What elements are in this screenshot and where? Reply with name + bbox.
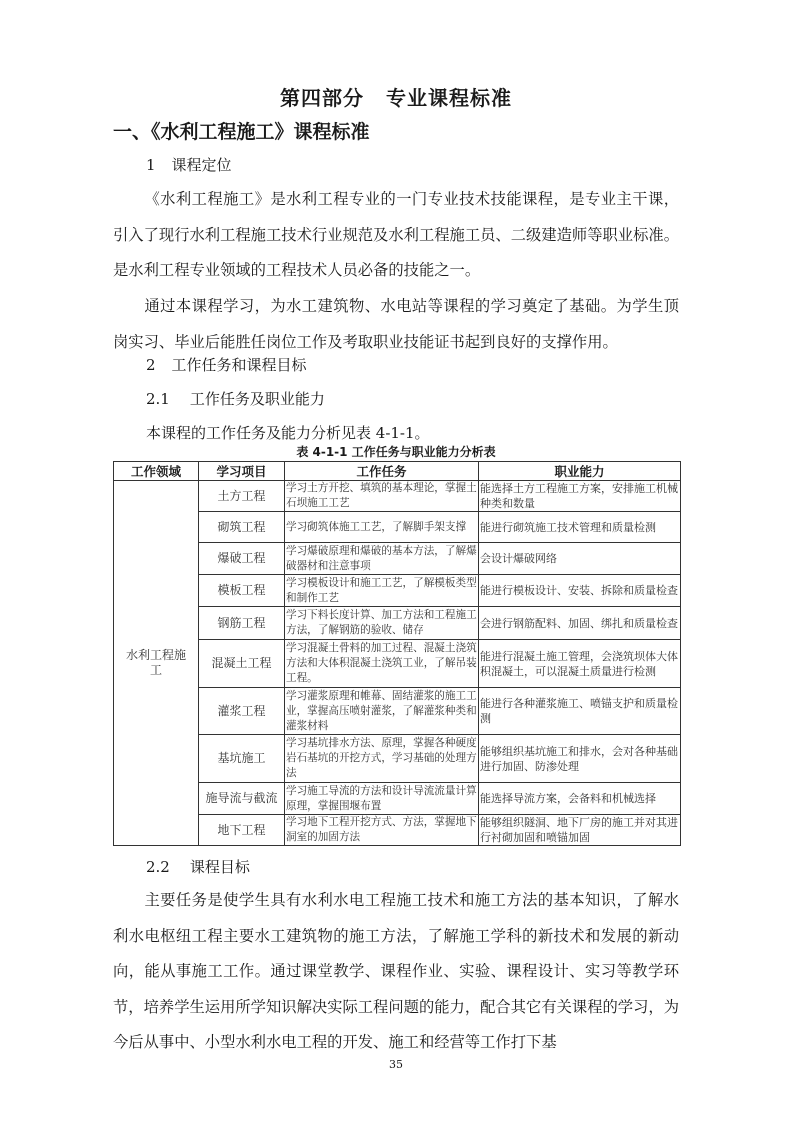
page-number: 35 bbox=[0, 1058, 792, 1071]
section-number: 2.2 bbox=[146, 858, 170, 876]
section-title: 课程定位 bbox=[172, 156, 232, 174]
ability-cell: 能进行模板设计、安装、拆除和质量检查 bbox=[479, 575, 681, 607]
task-cell: 学习施工导流的方法和设计导流流量计算原理，掌握围堰布置 bbox=[285, 783, 479, 815]
table-row: 混凝土工程 学习混凝土骨料的加工过程、混凝土浇筑方法和大体积混凝土浇筑工业，了解… bbox=[114, 640, 681, 688]
project-cell: 爆破工程 bbox=[199, 543, 285, 575]
work-domain-cell: 水利工程施工 bbox=[114, 481, 199, 846]
paragraph-text: 通过本课程学习，为水工建筑物、水电站等课程的学习奠定了基础。为学生顶岗实习、毕业… bbox=[113, 297, 679, 351]
table-row: 基坑施工 学习基坑排水方法、原理，掌握各种硬度岩石基坑的开挖方式，学习基础的处理… bbox=[114, 735, 681, 783]
task-cell: 学习灌浆原理和帷幕、固结灌浆的施工工业，掌握高压喷射灌浆，了解灌浆种类和灌浆材料 bbox=[285, 688, 479, 735]
section-2-1-heading: 2.1工作任务及职业能力 bbox=[146, 388, 325, 409]
ability-cell: 能进行混凝土施工管理，会浇筑坝体大体积混凝土，可以混凝土质量进行检测 bbox=[479, 640, 681, 688]
table-row: 施导流与截流 学习施工导流的方法和设计导流流量计算原理，掌握围堰布置 能选择导流… bbox=[114, 783, 681, 815]
project-cell: 施导流与截流 bbox=[199, 783, 285, 815]
header-work-domain: 工作领域 bbox=[114, 462, 199, 481]
project-cell: 基坑施工 bbox=[199, 735, 285, 783]
paragraph-course-objectives: 主要任务是使学生具有水利水电工程施工技术和施工方法的基本知识，了解水利水电枢纽工… bbox=[113, 883, 679, 1061]
course-title: 一、《水利工程施工》课程标准 bbox=[113, 117, 370, 144]
paragraph-table-reference: 本课程的工作任务及能力分析见表 4-1-1。 bbox=[146, 422, 430, 443]
ability-cell: 能进行各种灌浆施工、喷锚支护和质量检测 bbox=[479, 688, 681, 735]
task-ability-table: 工作领域 学习项目 工作任务 职业能力 水利工程施工 土方工程 学习土方开挖、填… bbox=[113, 461, 681, 846]
task-cell: 学习砌筑体施工工艺，了解脚手架支撑 bbox=[285, 512, 479, 543]
task-cell: 学习下料长度计算、加工方法和工程施工方法，了解钢筋的验收、储存 bbox=[285, 607, 479, 640]
table-row: 钢筋工程 学习下料长度计算、加工方法和工程施工方法，了解钢筋的验收、储存 会进行… bbox=[114, 607, 681, 640]
section-title: 工作任务及职业能力 bbox=[190, 390, 325, 408]
table-row: 水利工程施工 土方工程 学习土方开挖、填筑的基本理论，掌握土石坝施工工艺 能选择… bbox=[114, 481, 681, 512]
paragraph-text: 《水利工程施工》是水利工程专业的一门专业技术技能课程，是专业主干课，引入了现行水… bbox=[113, 190, 679, 279]
section-1-heading: 1课程定位 bbox=[146, 154, 232, 175]
part-title: 第四部分专业课程标准 bbox=[0, 82, 792, 111]
header-work-task: 工作任务 bbox=[285, 462, 479, 481]
ability-cell: 能够组织基坑施工和排水，会对各种基础进行加固、防渗处理 bbox=[479, 735, 681, 783]
ability-cell: 能选择导流方案，会备料和机械选择 bbox=[479, 783, 681, 815]
section-2-2-heading: 2.2课程目标 bbox=[146, 856, 250, 877]
table-row: 灌浆工程 学习灌浆原理和帷幕、固结灌浆的施工工业，掌握高压喷射灌浆，了解灌浆种类… bbox=[114, 688, 681, 735]
task-cell: 学习混凝土骨料的加工过程、混凝土浇筑方法和大体积混凝土浇筑工业，了解吊装工程。 bbox=[285, 640, 479, 688]
table-row: 模板工程 学习模板设计和施工工艺，了解模板类型和制作工艺 能进行模板设计、安装、… bbox=[114, 575, 681, 607]
ability-cell: 会进行钢筋配料、加固、绑扎和质量检查 bbox=[479, 607, 681, 640]
paragraph-course-positioning: 《水利工程施工》是水利工程专业的一门专业技术技能课程，是专业主干课，引入了现行水… bbox=[113, 182, 679, 289]
project-cell: 模板工程 bbox=[199, 575, 285, 607]
table-row: 地下工程 学习地下工程开挖方式、方法，掌握地下洞室的加固方法 能够组织隧洞、地下… bbox=[114, 815, 681, 846]
task-cell: 学习地下工程开挖方式、方法，掌握地下洞室的加固方法 bbox=[285, 815, 479, 846]
ability-cell: 能够组织隧洞、地下厂房的施工并对其进行衬砌加固和喷锚加固 bbox=[479, 815, 681, 846]
header-study-project: 学习项目 bbox=[199, 462, 285, 481]
part-title-number: 第四部分 bbox=[280, 86, 364, 110]
paragraph-text: 主要任务是使学生具有水利水电工程施工技术和施工方法的基本知识，了解水利水电枢纽工… bbox=[113, 891, 679, 1051]
ability-cell: 会设计爆破网络 bbox=[479, 543, 681, 575]
part-title-name: 专业课程标准 bbox=[386, 86, 512, 110]
header-vocational-ability: 职业能力 bbox=[479, 462, 681, 481]
project-cell: 混凝土工程 bbox=[199, 640, 285, 688]
ability-cell: 能进行砌筑施工技术管理和质量检测 bbox=[479, 512, 681, 543]
project-cell: 土方工程 bbox=[199, 481, 285, 512]
task-cell: 学习基坑排水方法、原理，掌握各种硬度岩石基坑的开挖方式，学习基础的处理方法 bbox=[285, 735, 479, 783]
table-caption: 表 4-1-1 工作任务与职业能力分析表 bbox=[0, 443, 792, 460]
task-cell: 学习爆破原理和爆破的基本方法，了解爆破器材和注意事项 bbox=[285, 543, 479, 575]
table-row: 砌筑工程 学习砌筑体施工工艺，了解脚手架支撑 能进行砌筑施工技术管理和质量检测 bbox=[114, 512, 681, 543]
project-cell: 灌浆工程 bbox=[199, 688, 285, 735]
section-title: 工作任务和课程目标 bbox=[172, 356, 307, 374]
section-2-heading: 2工作任务和课程目标 bbox=[146, 354, 307, 375]
section-number: 2 bbox=[146, 356, 156, 374]
project-cell: 砌筑工程 bbox=[199, 512, 285, 543]
section-number: 2.1 bbox=[146, 390, 170, 408]
project-cell: 钢筋工程 bbox=[199, 607, 285, 640]
paragraph-course-support: 通过本课程学习，为水工建筑物、水电站等课程的学习奠定了基础。为学生顶岗实习、毕业… bbox=[113, 289, 679, 360]
ability-cell: 能选择土方工程施工方案，安排施工机械种类和数量 bbox=[479, 481, 681, 512]
project-cell: 地下工程 bbox=[199, 815, 285, 846]
task-cell: 学习土方开挖、填筑的基本理论，掌握土石坝施工工艺 bbox=[285, 481, 479, 512]
table-row: 爆破工程 学习爆破原理和爆破的基本方法，了解爆破器材和注意事项 会设计爆破网络 bbox=[114, 543, 681, 575]
table-header-row: 工作领域 学习项目 工作任务 职业能力 bbox=[114, 462, 681, 481]
section-number: 1 bbox=[146, 156, 156, 174]
section-title: 课程目标 bbox=[190, 858, 250, 876]
task-cell: 学习模板设计和施工工艺，了解模板类型和制作工艺 bbox=[285, 575, 479, 607]
